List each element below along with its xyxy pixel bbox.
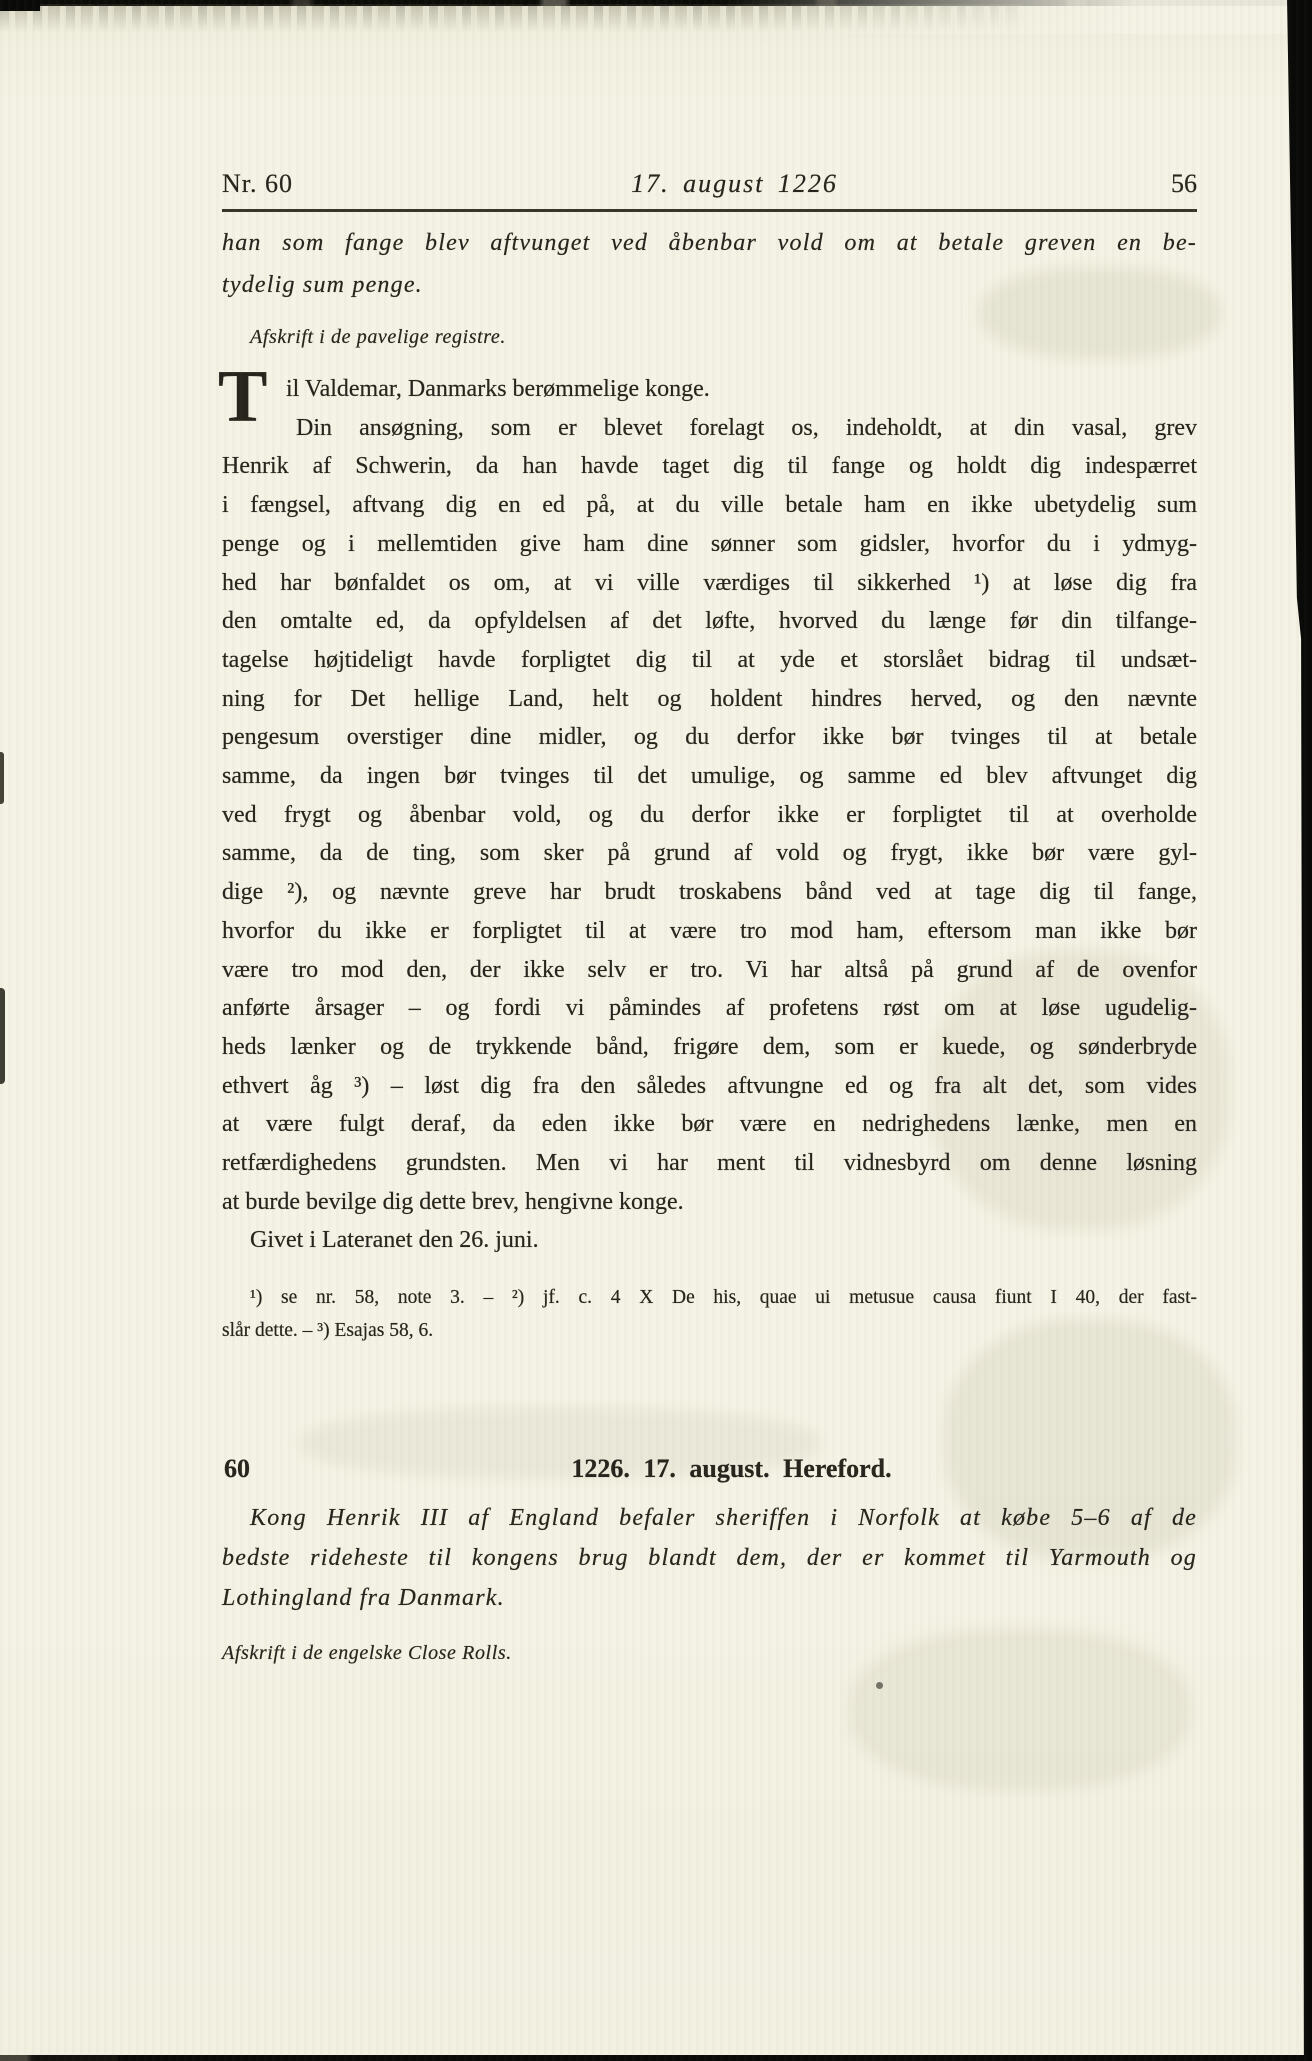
text-line: Afskrift i de engelske Close Rolls.	[222, 1638, 1197, 1668]
text-line: ved frygt og åbenbar vold, og du derfor …	[222, 796, 1197, 835]
dropcap-initial: T	[218, 360, 267, 434]
text-line: Lothingland fra Danmark.	[222, 1578, 1197, 1618]
scan-top-left-corner	[0, 0, 40, 11]
text-line: ethvert åg ³) – løst dig fra den således…	[222, 1067, 1197, 1106]
scan-bottom-edge	[0, 2055, 1312, 2061]
scanned-book-page: Nr. 60 17. august 1226 56 han som fange …	[0, 0, 1312, 2061]
text-line: hed har bønfaldet os om, at vi ville vær…	[222, 564, 1197, 603]
text-line: heds lænker og de trykkende bånd, frigør…	[222, 1028, 1197, 1067]
text-line: retfærdighedens grundsten. Men vi har me…	[222, 1144, 1197, 1183]
entry59-footnotes: ¹) se nr. 58, note 3. – ²) jf. c. 4 X De…	[222, 1281, 1197, 1347]
header-rule	[222, 209, 1197, 212]
text-line: at være fulgt deraf, da eden ikke bør væ…	[222, 1105, 1197, 1144]
text-line: Afskrift i de pavelige registre.	[222, 322, 1197, 352]
text-line: være tro mod den, der ikke selv er tro. …	[222, 951, 1197, 990]
text-line: bedste rideheste til kongens brug blandt…	[222, 1538, 1197, 1578]
entry60-summary: Kong Henrik III af England befaler sheri…	[222, 1498, 1197, 1618]
text-line: penge og i mellemtiden give ham dine søn…	[222, 525, 1197, 564]
text-line: han som fange blev aftvunget ved åbenbar…	[222, 222, 1197, 264]
text-line: i fængsel, aftvang dig en ed på, at du v…	[222, 486, 1197, 525]
text-line: at burde bevilge dig dette brev, hengivn…	[222, 1183, 1197, 1222]
scan-top-streaks-fade	[722, 0, 1312, 34]
ink-speck	[876, 1682, 883, 1689]
scan-right-edge	[1284, 0, 1312, 2061]
entry59-body: T il Valdemar, Danmarks berømmelige kong…	[222, 370, 1197, 1260]
text-line: Henrik af Schwerin, da han havde taget d…	[222, 447, 1197, 486]
entry59-summary: han som fange blev aftvunget ved åbenbar…	[222, 222, 1197, 306]
entry59-source-note: Afskrift i de pavelige registre.	[222, 322, 1197, 352]
text-line: anførte årsager – og fordi vi påmindes a…	[222, 989, 1197, 1028]
entry60-date-place: 1226. 17. august. Hereford.	[244, 1452, 1219, 1486]
footnote-line: slår dette. – ³) Esajas 58, 6.	[222, 1314, 1197, 1347]
text-line: Givet i Lateranet den 26. juni.	[222, 1221, 1197, 1260]
text-line: den omtalte ed, da opfyldelsen af det lø…	[222, 602, 1197, 641]
footnote-line: ¹) se nr. 58, note 3. – ²) jf. c. 4 X De…	[222, 1281, 1197, 1314]
text-line: samme, da ingen bør tvinges til det umul…	[222, 757, 1197, 796]
running-head-date: 17. august 1226	[247, 168, 1222, 200]
page-number: 56	[1171, 168, 1197, 200]
text-line: il Valdemar, Danmarks berømmelige konge.	[222, 370, 1197, 409]
text-line: dige ²), og nævnte greve har brudt trosk…	[222, 873, 1197, 912]
entry60-source-note: Afskrift i de engelske Close Rolls.	[222, 1638, 1197, 1668]
entry60-heading-row: 60 1226. 17. august. Hereford.	[222, 1452, 1197, 1486]
text-line: hvorfor du ikke er forpligtet til at vær…	[222, 912, 1197, 951]
text-line: Din ansøgning, som er blevet forelagt os…	[222, 409, 1197, 448]
text-line: samme, da de ting, som sker på grund af …	[222, 834, 1197, 873]
running-head: Nr. 60 17. august 1226 56	[222, 168, 1197, 200]
text-line: tagelse højtideligt havde forpligtet dig…	[222, 641, 1197, 680]
text-line: ning for Det hellige Land, helt og holde…	[222, 680, 1197, 719]
text-line: tydelig sum penge.	[222, 264, 1197, 306]
scan-left-speck	[0, 988, 5, 1084]
text-line: Kong Henrik III af England befaler sheri…	[222, 1498, 1197, 1538]
scan-left-speck	[0, 752, 4, 804]
text-line: pengesum overstiger dine midler, og du d…	[222, 718, 1197, 757]
